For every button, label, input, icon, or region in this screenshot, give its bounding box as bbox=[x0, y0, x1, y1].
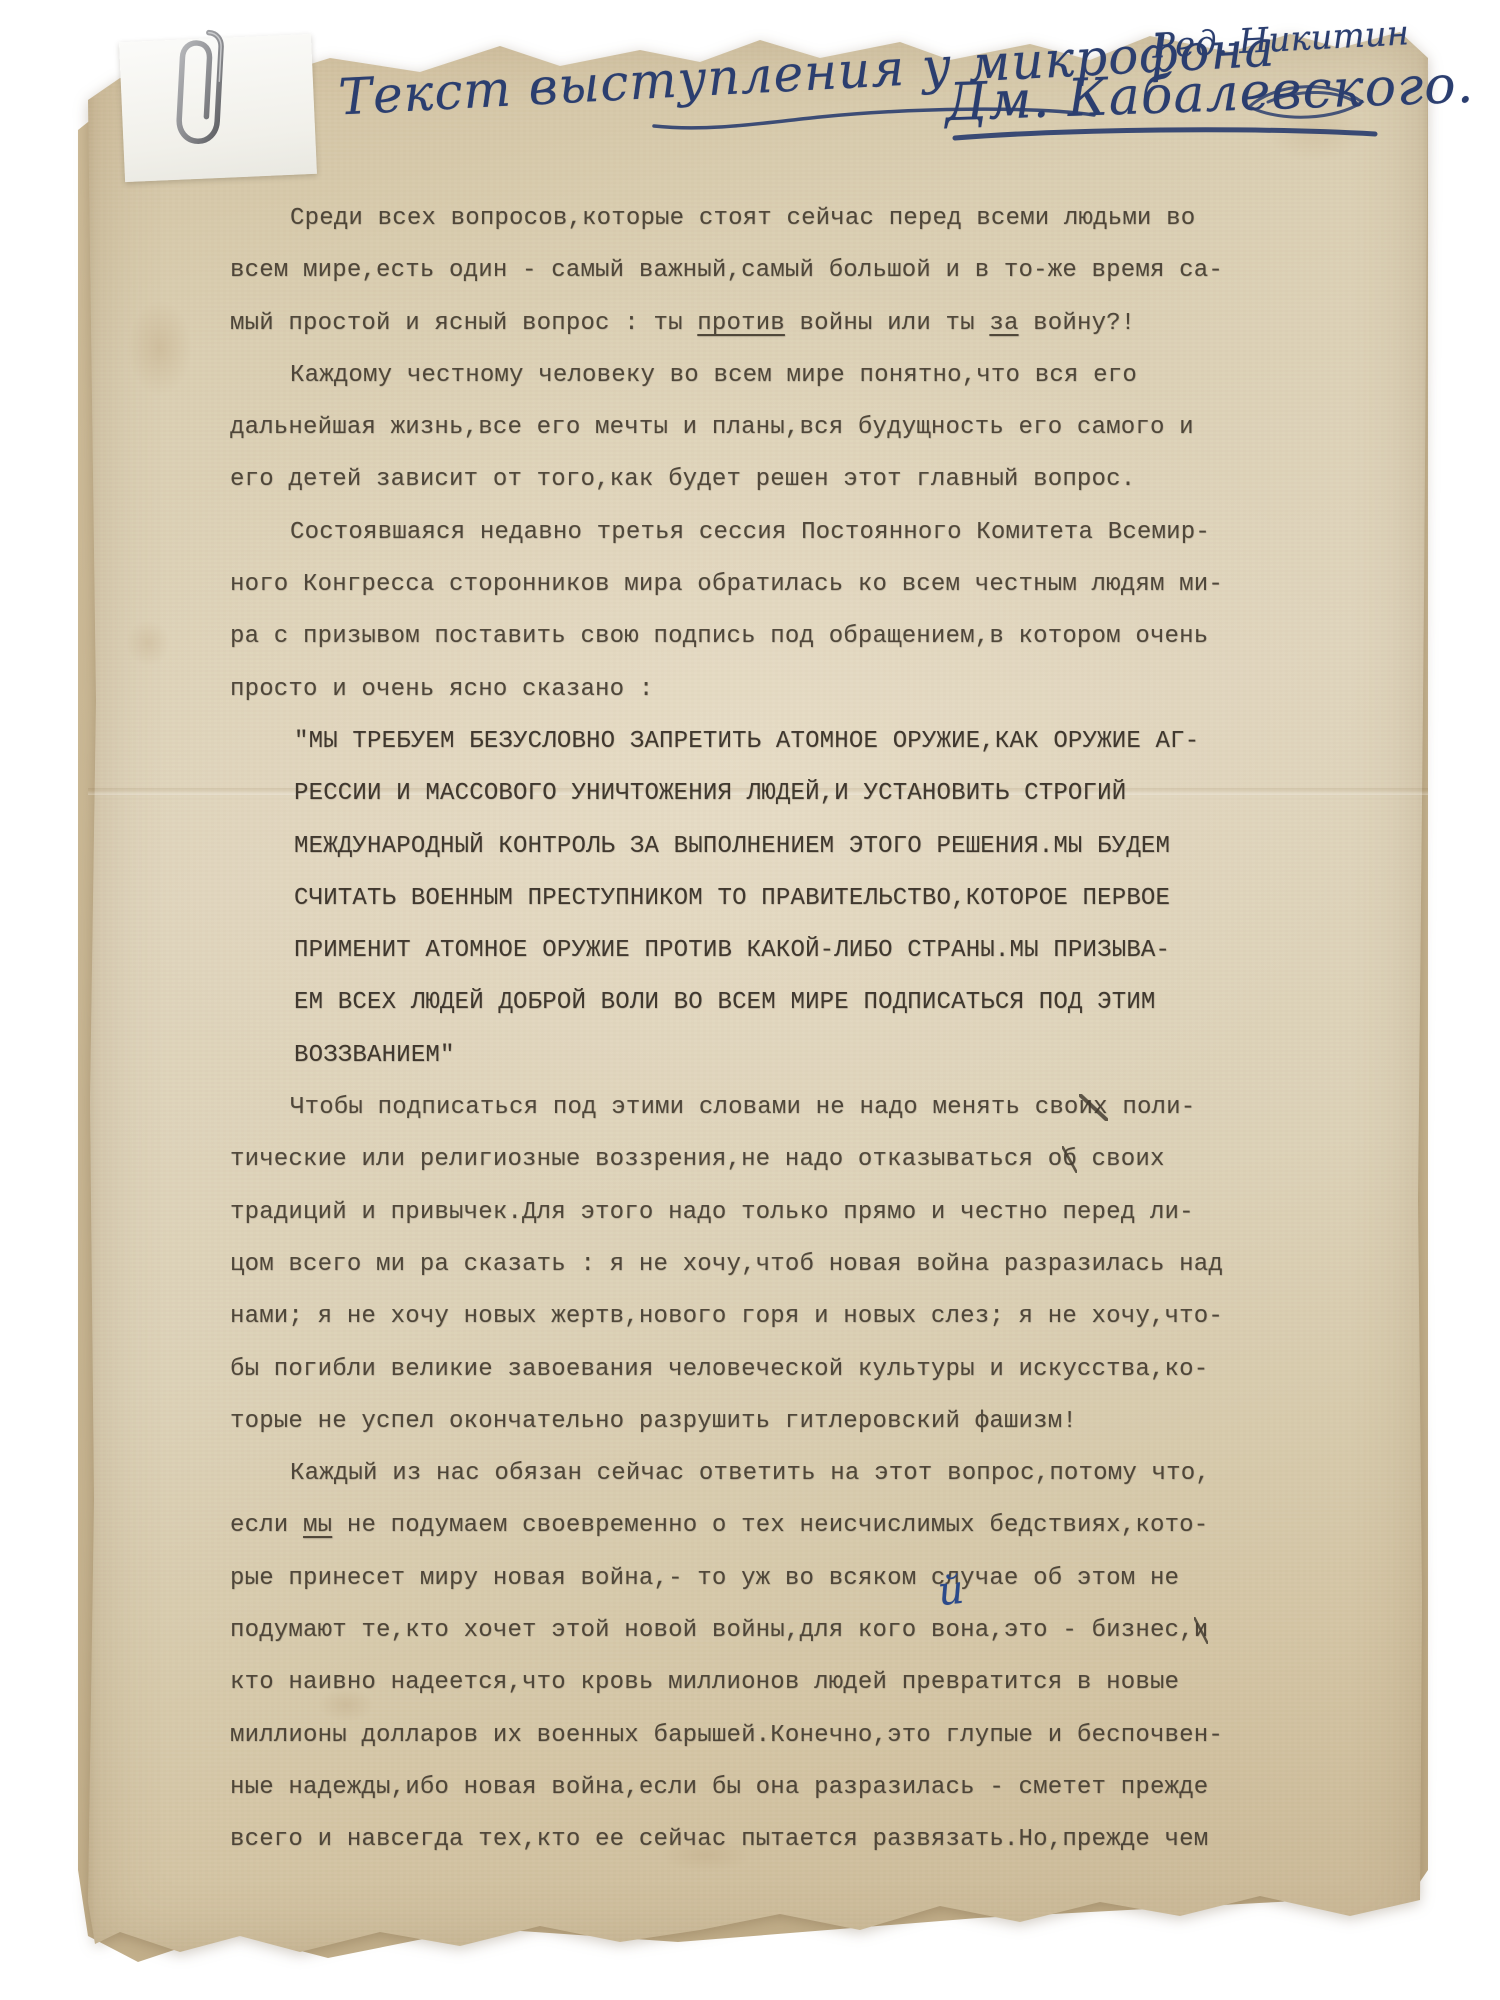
typed-line: если мы не подумаем своевременно о тех н… bbox=[230, 1500, 1260, 1552]
typed-line: цом всего ми ра сказать : я не хочу,чтоб… bbox=[230, 1239, 1260, 1291]
typed-line: ного Конгресса сторонников мира обратила… bbox=[230, 559, 1260, 611]
typed-line: РЕССИИ И МАССОВОГО УНИЧТОЖЕНИЯ ЛЮДЕЙ,И У… bbox=[230, 768, 1260, 820]
typed-text: Среди всех вопросов,которые стоят сейчас… bbox=[230, 193, 1260, 1867]
typed-line: всем мире,есть один - самый важный,самый… bbox=[230, 245, 1260, 297]
typed-line: ные надежды,ибо новая война,если бы она … bbox=[230, 1762, 1260, 1814]
typed-line: просто и очень ясно сказано : bbox=[230, 664, 1260, 716]
typed-line: ЕМ ВСЕХ ЛЮДЕЙ ДОБРОЙ ВОЛИ ВО ВСЕМ МИРЕ П… bbox=[230, 977, 1260, 1029]
typed-line: торые не успел окончательно разрушить ги… bbox=[230, 1396, 1260, 1448]
typed-line: ВОЗЗВАНИЕМ" bbox=[230, 1030, 1260, 1082]
typed-line: МЕЖДУНАРОДНЫЙ КОНТРОЛЬ ЗА ВЫПОЛНЕНИЕМ ЭТ… bbox=[230, 821, 1260, 873]
typed-line: кто наивно надеется,что кровь миллионов … bbox=[230, 1657, 1260, 1709]
typed-line: ПРИМЕНИТ АТОМНОЕ ОРУЖИЕ ПРОТИВ КАКОЙ-ЛИБ… bbox=[230, 925, 1260, 977]
typed-line: его детей зависит от того,как будет реше… bbox=[230, 454, 1260, 506]
typed-line: Чтобы подписаться под этими словами не н… bbox=[230, 1082, 1260, 1134]
typed-line: подумают те,кто хочет этой новой войны,д… bbox=[230, 1605, 1260, 1657]
typed-line: миллионы долларов их военных барышей.Кон… bbox=[230, 1710, 1260, 1762]
typed-line: рые принесет миру новая война,- то уж во… bbox=[230, 1553, 1260, 1605]
document-scan: Текст выступления у микрофона Дм. Кабале… bbox=[0, 0, 1500, 2000]
typed-line: традиций и привычек.Для этого надо тольк… bbox=[230, 1187, 1260, 1239]
typed-line: Среди всех вопросов,которые стоят сейчас… bbox=[230, 193, 1260, 245]
typed-line: ра с призывом поставить свою подпись под… bbox=[230, 611, 1260, 663]
typed-line: СЧИТАТЬ ВОЕННЫМ ПРЕСТУПНИКОМ ТО ПРАВИТЕЛ… bbox=[230, 873, 1260, 925]
paperclip-icon bbox=[163, 19, 228, 154]
typed-line: дальнейшая жизнь,все его мечты и планы,в… bbox=[230, 402, 1260, 454]
typed-line: всего и навсегда тех,кто ее сейчас пытае… bbox=[230, 1814, 1260, 1866]
typed-line: Состоявшаяся недавно третья сессия Посто… bbox=[230, 507, 1260, 559]
typed-line: тические или религиозные воззрения,не на… bbox=[230, 1134, 1260, 1186]
typed-line: бы погибли великие завоевания человеческ… bbox=[230, 1344, 1260, 1396]
typed-line: Каждому честному человеку во всем мире п… bbox=[230, 350, 1260, 402]
typed-line: Каждый из нас обязан сейчас ответить на … bbox=[230, 1448, 1260, 1500]
typed-line: мый простой и ясный вопрос : ты против в… bbox=[230, 298, 1260, 350]
typed-line: нами; я не хочу новых жертв,нового горя … bbox=[230, 1291, 1260, 1343]
handwritten-insertion: й bbox=[936, 1567, 966, 1615]
typed-line: "МЫ ТРЕБУЕМ БЕЗУСЛОВНО ЗАПРЕТИТЬ АТОМНОЕ… bbox=[230, 716, 1260, 768]
